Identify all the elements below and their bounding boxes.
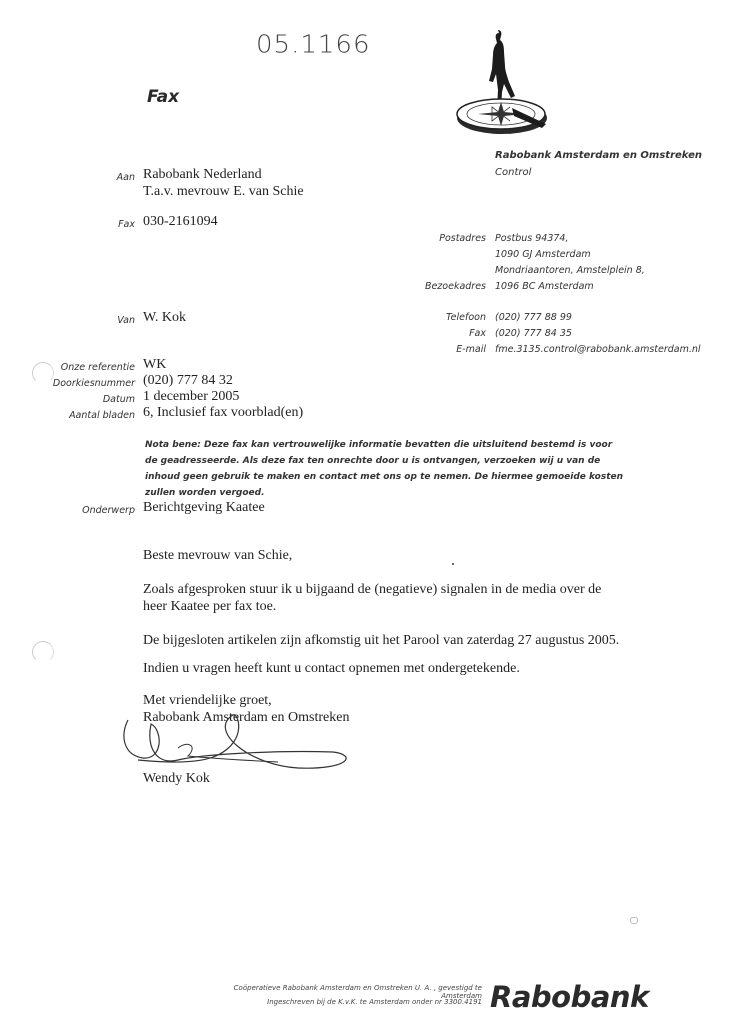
referentie-value: WK (143, 357, 166, 373)
paragraph-1-line-1: Zoals afgesproken stuur ik u bijgaand de… (143, 581, 601, 598)
van-label: Van (10, 315, 135, 326)
postadres-line1: Postbus 94374, (495, 233, 568, 244)
telefoon-label: Telefoon (386, 312, 486, 323)
subject-value: Berichtgeving Kaatee (143, 500, 265, 516)
referentie-label: Onze referentie (10, 362, 135, 373)
bezoekadres-line2: 1096 BC Amsterdam (495, 281, 594, 292)
scan-smudge (630, 917, 638, 924)
paragraph-1-line-2: heer Kaatee per fax toe. (143, 598, 276, 615)
punch-hole (32, 362, 54, 384)
confidentiality-notice: Nota bene: Deze fax kan vertrouwelijke i… (145, 437, 625, 501)
email-value[interactable]: fme.3135.control@rabobank.amsterdam.nl (495, 344, 701, 355)
rabobank-brand-logo: Rabobank (490, 980, 649, 1014)
onderwerp-label: Onderwerp (10, 505, 135, 516)
footer-legal-line-2: Ingeschreven bij de K.v.K. te Amsterdam … (222, 998, 482, 1006)
salutation: Beste mevrouw van Schie, (143, 547, 292, 564)
recipient-fax-number: 030-2161094 (143, 214, 218, 230)
van-value: W. Kok (143, 310, 186, 326)
compass-walker-logo-icon (454, 28, 550, 136)
datum-value: 1 december 2005 (143, 389, 239, 405)
signer-name: Wendy Kok (143, 770, 210, 787)
doorkiesnummer-label: Doorkiesnummer (10, 378, 135, 389)
postadres-label: Postadres (386, 233, 486, 244)
paragraph-3: Indien u vragen heeft kunt u contact opn… (143, 660, 520, 677)
recipient-fax-label: Fax (10, 219, 135, 230)
aan-label: Aan (10, 172, 135, 183)
sender-fax-label: Fax (386, 328, 486, 339)
bezoekadres-label: Bezoekadres (386, 281, 486, 292)
postadres-line2: 1090 GJ Amsterdam (495, 249, 591, 260)
sender-organization: Rabobank Amsterdam en Omstreken (495, 150, 702, 161)
scan-dot (452, 563, 454, 565)
bezoekadres-line1: Mondriaantoren, Amstelplein 8, (495, 265, 645, 276)
handwritten-reference: 05.1166 (256, 31, 371, 60)
recipient-attention: T.a.v. mevrouw E. van Schie (143, 184, 304, 200)
sender-department: Control (495, 167, 531, 178)
aantal-bladen-value: 6, Inclusief fax voorblad(en) (143, 405, 303, 421)
telefoon-value: (020) 777 88 99 (495, 312, 572, 323)
sender-fax-value: (020) 777 84 35 (495, 328, 572, 339)
punch-hole (32, 641, 54, 663)
document-title: Fax (147, 87, 179, 107)
recipient-name: Rabobank Nederland (143, 167, 262, 183)
closing: Met vriendelijke groet, (143, 692, 272, 709)
doorkiesnummer-value: (020) 777 84 32 (143, 373, 233, 389)
datum-label: Datum (10, 394, 135, 405)
aantal-bladen-label: Aantal bladen (10, 410, 135, 421)
paragraph-2: De bijgesloten artikelen zijn afkomstig … (143, 632, 619, 649)
email-label: E-mail (386, 344, 486, 355)
